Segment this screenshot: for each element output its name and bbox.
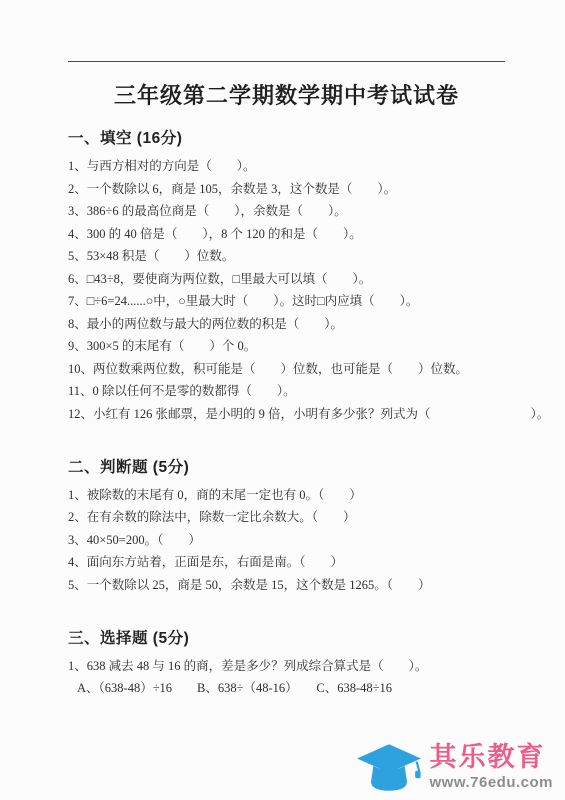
- site-watermark: 其乐教育 www.76edu.com: [355, 741, 553, 795]
- section-heading: 一、填空 (16分): [68, 126, 505, 148]
- section-fill-in-blanks: 一、填空 (16分) 1、与西方相对的方向是（ ）。 2、一个数除以 6，商是 …: [68, 126, 505, 421]
- answer-options-line: A、（638-48）÷16 B、638÷（48-16） C、638-48÷16: [68, 682, 505, 695]
- header-divider: [68, 61, 505, 62]
- question-line: 1、与西方相对的方向是（ ）。: [68, 160, 505, 173]
- question-line: 3、40×50=200。（ ）: [68, 534, 505, 547]
- watermark-text: 其乐教育 www.76edu.com: [430, 744, 553, 792]
- question-line: 7、□÷6=24......○中，○里最大时（ ）。这时□内应填（ ）。: [68, 295, 505, 308]
- question-line: 12、小红有 126 张邮票，是小明的 9 倍，小明有多少张？列式为（ ）。: [68, 408, 505, 421]
- section-heading: 二、判断题 (5分): [68, 455, 505, 477]
- question-line: 11、0 除以任何不是零的数都得（ ）。: [68, 385, 505, 398]
- page-title: 三年级第二学期数学期中考试试卷: [68, 79, 505, 110]
- question-line: 9、300×5 的末尾有（ ）个 0。: [68, 340, 505, 353]
- question-line: 3、386÷6 的最高位商是（ ），余数是（ ）。: [68, 205, 505, 218]
- question-line: 1、638 减去 48 与 16 的商，差是多少？列成综合算式是（ ）。: [68, 660, 505, 673]
- question-line: 8、最小的两位数与最大的两位数的积是（ ）。: [68, 318, 505, 331]
- question-line: 5、53×48 积是（ ）位数。: [68, 250, 505, 263]
- question-line: 2、在有余数的除法中，除数一定比余数大。（ ）: [68, 511, 505, 524]
- question-line: 2、一个数除以 6，商是 105，余数是 3，这个数是（ ）。: [68, 183, 505, 196]
- question-line: 6、□43÷8，要使商为两位数，□里最大可以填（ ）。: [68, 273, 505, 286]
- question-line: 5、一个数除以 25，商是 50，余数是 15，这个数是 1265。（ ）: [68, 579, 505, 592]
- question-line: 10、两位数乘两位数，积可能是（ ）位数，也可能是（ ）位数。: [68, 363, 505, 376]
- question-line: 1、被除数的末尾有 0，商的末尾一定也有 0。（ ）: [68, 489, 505, 502]
- graduation-cap-icon: [355, 741, 423, 795]
- brand-name: 其乐教育: [430, 744, 546, 771]
- question-line: 4、300 的 40 倍是（ ），8 个 120 的和是（ ）。: [68, 228, 505, 241]
- exam-paper-page: 三年级第二学期数学期中考试试卷 一、填空 (16分) 1、与西方相对的方向是（ …: [0, 0, 565, 800]
- section-heading: 三、选择题 (5分): [68, 626, 505, 648]
- brand-url: www.76edu.com: [430, 774, 553, 792]
- question-line: 4、面向东方站着，正面是东，右面是南。（ ）: [68, 556, 505, 569]
- section-multiple-choice: 三、选择题 (5分) 1、638 减去 48 与 16 的商，差是多少？列成综合…: [68, 626, 505, 696]
- section-true-false: 二、判断题 (5分) 1、被除数的末尾有 0，商的末尾一定也有 0。（ ） 2、…: [68, 455, 505, 592]
